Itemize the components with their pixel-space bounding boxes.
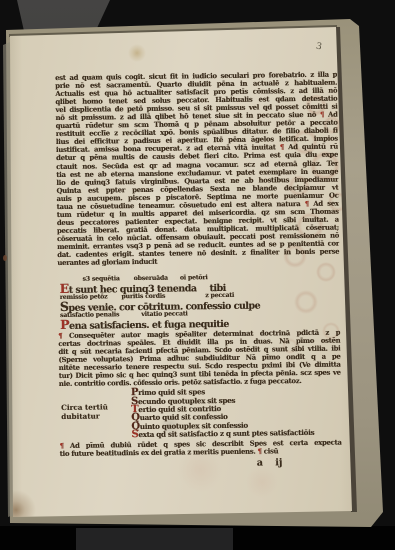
paragraph-1: est ad quam quis cogit. sicut fit in iud… [55,71,339,268]
ink-speck [3,255,7,261]
pilcrow-mark: ¶ [305,200,309,208]
photo-background: { "document": { "kind": "incunabulum-pag… [0,0,395,550]
list-side-label-line: dubitatur [61,412,108,421]
list-side-label: Circa tertiū dubitatur [61,404,108,422]
text-block: est ad quam quis cogit. sicut fit in iud… [55,71,342,472]
verse-line-3: Pena satisfaciens. et fuga nequitie [60,316,340,330]
pilcrow-mark: ¶ [59,442,63,450]
question-item: Sexta qd sit satisfactio z q sunt ptes s… [131,428,341,439]
question-list: Circa tertiū dubitatur Primo quid sit sp… [59,387,342,440]
paragraph-2: ¶ Consequēter autor magis spēaliter dete… [58,329,341,389]
quire-signature: a ij [257,457,342,469]
pilcrow-mark: ¶ [280,144,284,152]
pilcrow-mark: ¶ [257,448,261,456]
book-cradle-support [76,528,233,550]
paragraph-3: ¶ Ad pīmū dubiū rūdet q spes sic describ… [59,439,341,459]
pilcrow-mark: ¶ [320,111,324,119]
pilcrow-mark: ¶ [58,332,62,340]
